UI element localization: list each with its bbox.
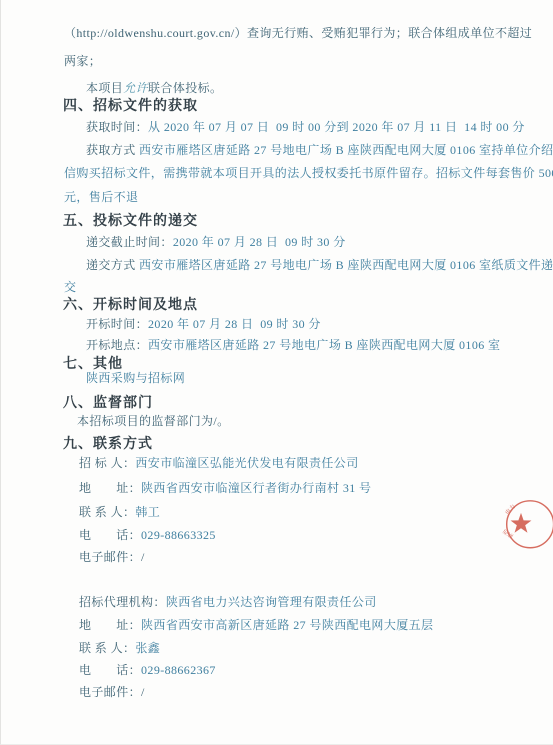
- acquire-method-line: 获取方式 西安市雁塔区唐延路 27 号地电广场 B 座陕西配电网大厦 0106 …: [86, 143, 553, 158]
- acquire-method-label: 获取方式: [86, 143, 139, 157]
- open-time-value: 2020 年 07 月 28 日 09 时 30 分: [148, 317, 321, 331]
- other-body-text: 陕西采购与招标网: [86, 371, 185, 385]
- seal-arc-top-text: 电力: [503, 502, 517, 516]
- section5-heading: 五、投标文件的递交: [63, 210, 198, 230]
- open-place-label: 开标地点：: [86, 338, 148, 352]
- agency-name-value: 陕西省电力兴达咨询管理有限责任公司: [166, 595, 377, 609]
- seal-star-icon: [511, 513, 532, 533]
- agency-addr-label: 地 址：: [79, 618, 141, 632]
- acquire-time-value: 从 2020 年 07 月 07 日 09 时 00 分到 2020 年 07 …: [148, 120, 525, 134]
- tenderer-contact-value: 韩工: [135, 505, 160, 519]
- agency-addr-line: 地 址：陕西省西安市高新区唐延路 27 号陕西配电网大厦五层: [79, 618, 433, 633]
- tenderer-contact-label: 联 系 人：: [79, 505, 135, 519]
- acquire-time-line: 获取时间：从 2020 年 07 月 07 日 09 时 00 分到 2020 …: [86, 120, 525, 135]
- agency-phone-line: 电 话：029-88662367: [79, 663, 216, 678]
- seal-arc-bottom-text: 陕西: [501, 527, 515, 540]
- tenderer-phone-label: 电 话：: [79, 528, 141, 542]
- submit-method-label: 递交方式: [86, 258, 139, 272]
- section8-heading: 八、监督部门: [63, 392, 153, 412]
- tenderer-email-line: 电子邮件：/: [79, 550, 145, 565]
- agency-contact-label: 联 系 人：: [79, 641, 135, 655]
- section4-heading: 四、招标文件的获取: [63, 95, 198, 115]
- agency-email-line: 电子邮件：/: [79, 685, 145, 700]
- tenderer-addr-value: 陕西省西安市临潼区行者街办行南村 31 号: [141, 481, 371, 495]
- agency-name-line: 招标代理机构：陕西省电力兴达咨询管理有限责任公司: [79, 595, 377, 610]
- acquire-time-label: 获取时间：: [86, 120, 148, 134]
- tenderer-name-value: 西安市临潼区弘能光伏发电有限责任公司: [135, 456, 358, 470]
- other-body: 陕西采购与招标网: [86, 371, 185, 386]
- acquire-method-cont2-text: 元，售后不退: [64, 190, 138, 204]
- intro-line-cont: 两家；: [64, 54, 101, 69]
- acquire-method-cont2: 元，售后不退: [64, 190, 138, 205]
- submit-method-cont-text: 交: [64, 280, 76, 294]
- supervision-body: 本招标项目的监督部门为/。: [77, 414, 230, 429]
- intro-line-url: （http://oldwenshu.court.gov.cn/）查询无行贿、受贿…: [64, 26, 532, 41]
- submit-deadline-line: 递交截止时间：2020 年 07 月 28 日 09 时 30 分: [86, 235, 346, 250]
- section7-heading: 七、其他: [63, 353, 123, 373]
- submit-deadline-label: 递交截止时间：: [86, 235, 173, 249]
- agency-phone-label: 电 话：: [79, 663, 141, 677]
- acquire-method-cont1-text: 信购买招标文件，需携带就本项目开具的法人授权委托书原件留存。招标文件每套售价 5…: [64, 166, 553, 180]
- tenderer-email-value: /: [141, 550, 145, 564]
- agency-contact-line: 联 系 人：张鑫: [79, 641, 160, 656]
- submit-method-value: 西安市雁塔区唐延路 27 号地电广场 B 座陕西配电网大厦 0106 室纸质文件…: [139, 258, 553, 272]
- consortium-post: 联合体投标。: [148, 81, 222, 95]
- submit-deadline-value: 2020 年 07 月 28 日 09 时 30 分: [173, 235, 346, 249]
- submit-method-line: 递交方式 西安市雁塔区唐延路 27 号地电广场 B 座陕西配电网大厦 0106 …: [86, 258, 553, 273]
- agency-contact-value: 张鑫: [135, 641, 160, 655]
- tenderer-name-line: 招 标 人：西安市临潼区弘能光伏发电有限责任公司: [79, 456, 359, 471]
- submit-method-cont: 交: [64, 280, 76, 295]
- intro-line-url-text: （http://oldwenshu.court.gov.cn/）查询无行贿、受贿…: [64, 26, 532, 40]
- tenderer-phone-line: 电 话：029-88663325: [79, 528, 216, 543]
- acquire-method-cont1: 信购买招标文件，需携带就本项目开具的法人授权委托书原件留存。招标文件每套售价 5…: [64, 166, 553, 181]
- consortium-allow-italic: 允许: [123, 81, 148, 95]
- tenderer-phone-value: 029-88663325: [141, 528, 216, 542]
- company-seal: 电力 陕西: [499, 450, 553, 600]
- consortium-pre: 本项目: [86, 81, 123, 95]
- section9-heading: 九、联系方式: [63, 433, 153, 453]
- open-place-line: 开标地点：西安市雁塔区唐延路 27 号地电广场 B 座陕西配电网大厦 0106 …: [86, 338, 500, 353]
- agency-email-value: /: [141, 685, 145, 699]
- tenderer-contact-line: 联 系 人：韩工: [79, 505, 160, 520]
- agency-phone-value: 029-88662367: [141, 663, 216, 677]
- tenderer-email-label: 电子邮件：: [79, 550, 141, 564]
- consortium-line: 本项目允许联合体投标。: [86, 81, 222, 96]
- section6-heading: 六、开标时间及地点: [63, 294, 198, 314]
- open-place-value: 西安市雁塔区唐延路 27 号地电广场 B 座陕西配电网大厦 0106 室: [148, 338, 500, 352]
- acquire-method-value: 西安市雁塔区唐延路 27 号地电广场 B 座陕西配电网大厦 0106 室持单位介…: [139, 143, 553, 157]
- tenderer-name-label: 招 标 人：: [79, 456, 135, 470]
- agency-name-label: 招标代理机构：: [79, 595, 166, 609]
- agency-addr-value: 陕西省西安市高新区唐延路 27 号陕西配电网大厦五层: [141, 618, 433, 632]
- open-time-line: 开标时间：2020 年 07 月 28 日 09 时 30 分: [86, 317, 321, 332]
- tenderer-addr-label: 地 址：: [79, 481, 141, 495]
- tenderer-addr-line: 地 址：陕西省西安市临潼区行者街办行南村 31 号: [79, 481, 371, 496]
- agency-email-label: 电子邮件：: [79, 685, 141, 699]
- open-time-label: 开标时间：: [86, 317, 148, 331]
- scanned-document-page: （http://oldwenshu.court.gov.cn/）查询无行贿、受贿…: [0, 0, 553, 745]
